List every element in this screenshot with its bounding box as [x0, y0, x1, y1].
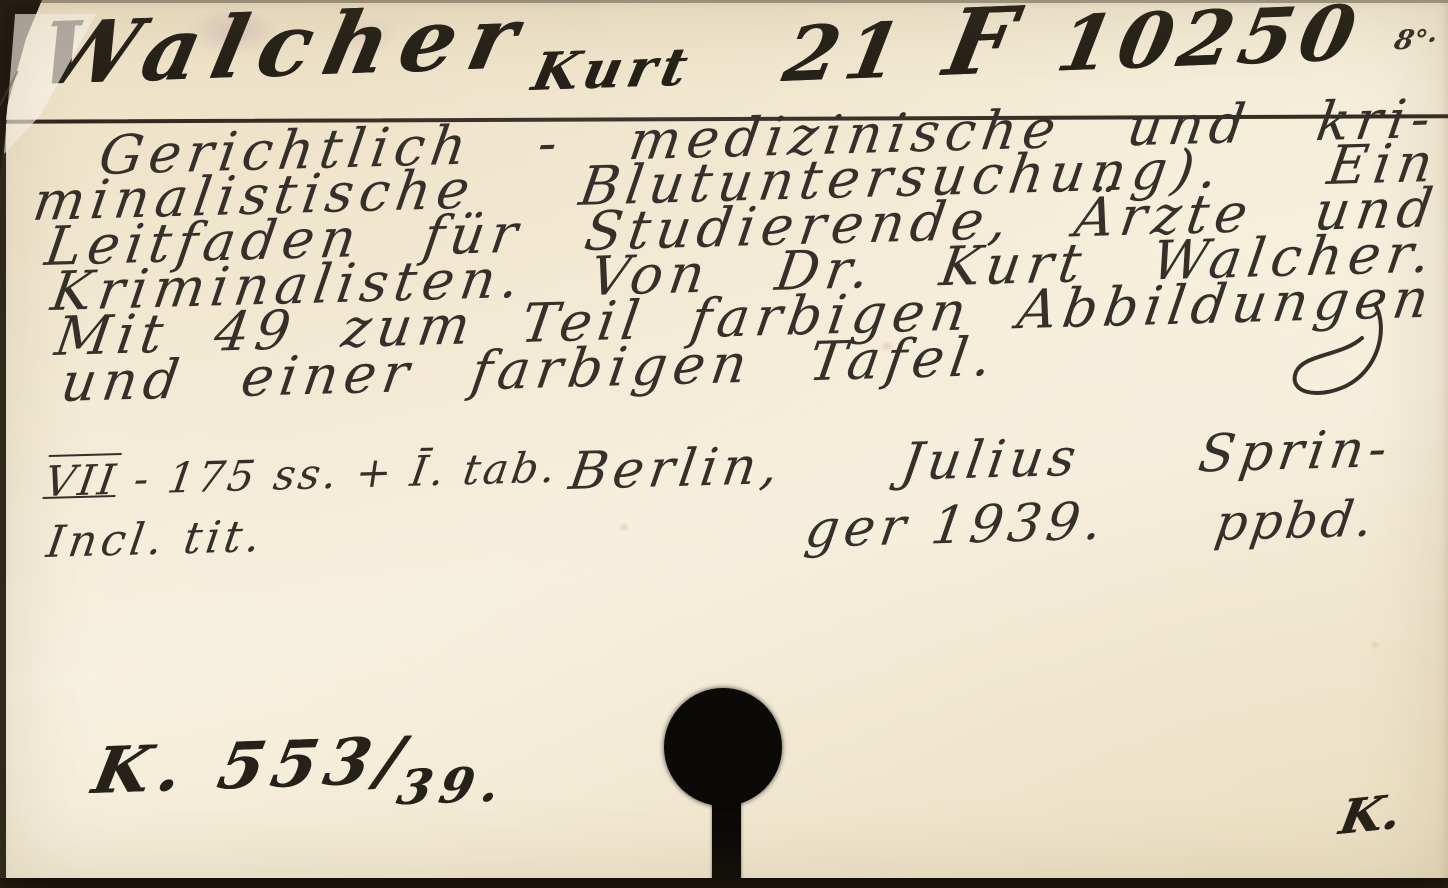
imprint-line-2: ger 1939.: [802, 498, 1110, 556]
catalog-card: Walcher Kurt 21 F 10250 8°· Gerichtlich …: [0, 0, 1448, 888]
author-forename: Kurt: [528, 43, 697, 98]
pen-flourish: [1258, 300, 1408, 410]
foxing-spot: [618, 522, 630, 532]
pagination-roman: VII: [41, 455, 121, 506]
shelfmark-letter: F: [937, 0, 1031, 97]
hole-punch: [664, 688, 782, 806]
collation-note: Incl. tit.: [44, 516, 267, 564]
scan-edge-top: [0, 0, 1448, 3]
shelfmark-prefix: 21: [777, 5, 915, 99]
accession-main: K. 553/: [87, 723, 417, 809]
binding-note: ppbd.: [1212, 496, 1379, 548]
foxing-spot: [1370, 640, 1380, 650]
accession-sub: 39.: [393, 757, 512, 817]
format-designation: 8°·: [1392, 28, 1439, 54]
cataloguer-monogram: K.: [1336, 790, 1404, 841]
scan-edge-bottom: [0, 878, 1448, 888]
imprint-line-1: Berlin, Julius Sprin-: [566, 425, 1395, 497]
collation-line: VII - 175 ss. + Ī. tab.: [42, 448, 561, 502]
shelfmark: 21 F 10250: [778, 0, 1370, 93]
hole-punch-slot: [712, 795, 741, 888]
shelfmark-number: 10250: [1050, 0, 1369, 89]
accession-number: K. 553/39.: [88, 727, 524, 802]
pagination-rest: - 175 ss. + Ī. tab.: [114, 443, 561, 504]
author-surname: Walcher: [32, 0, 537, 96]
